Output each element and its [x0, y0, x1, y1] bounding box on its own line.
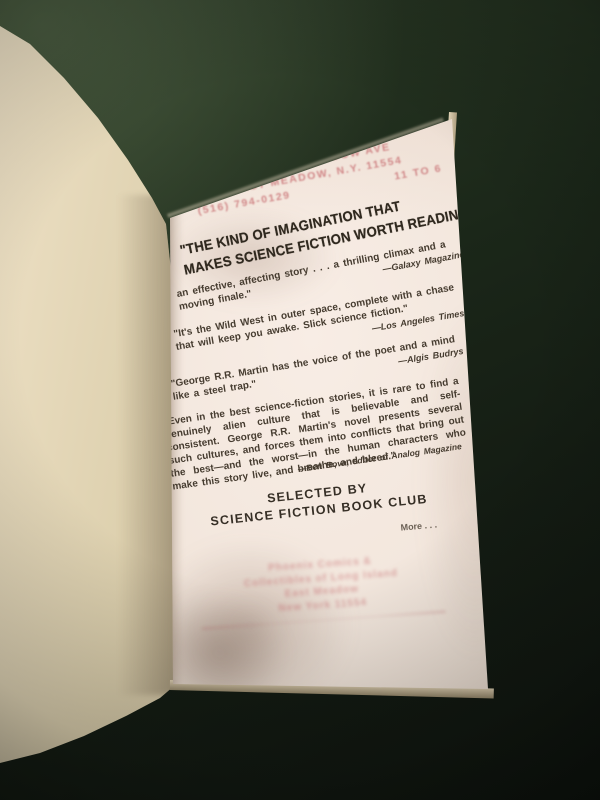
page-content: THE BOOK SHOP 384 EAST MEADOW AVE EAST M…: [168, 160, 486, 630]
bottom-stamp: Phoenix Comics & Collectibles of Long Is…: [194, 549, 450, 629]
photo-open-book: THE BOOK SHOP 384 EAST MEADOW AVE EAST M…: [0, 0, 600, 800]
cover-crease-shadow: [118, 195, 178, 695]
